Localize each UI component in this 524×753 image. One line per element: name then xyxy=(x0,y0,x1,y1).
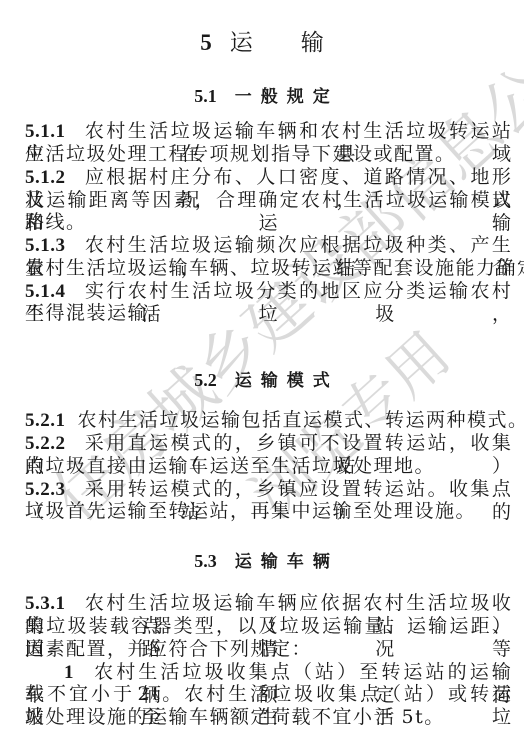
clause-5-1-4-line-2: 不得混装运输。 xyxy=(25,302,511,325)
section-title: 一般规定 xyxy=(235,87,339,107)
clause-5-3-1-line-3: 因素配置，并应符合下列规定： xyxy=(25,638,511,661)
clause-number: 5.2.1 xyxy=(25,410,66,431)
chapter-title: 5运输 xyxy=(0,28,524,58)
clause-5-1-2-line-1: 5.1.2 应​ 根​ 据​ 村​ 庄​ 分​ 布​ 、​ 人​ 口​ 密​ 度… xyxy=(25,166,511,189)
clause-number: 5.2.2 xyxy=(25,433,66,454)
clause-5-1-2-line-2: 及​ 运​ 输​ 距​ 离​ 等​ 因​ 素​ ，​ 合​ 理​ 确​ 定​ 农… xyxy=(25,189,511,212)
clause-number: 5.1.4 xyxy=(25,281,66,302)
item-1-line-3: 圾处理设施的运输车辆额定荷载不宜小于 5t。 xyxy=(25,706,511,729)
clause-5-2-3-line-1: 5.2.3 采​ 用​ 转​ 运​ 模​ 式​ 的​ ，​ 乡​ 镇​ 应​ 设… xyxy=(25,478,511,501)
clause-5-1-1-line-1: 5.1.1 农​ 村​ 生​ 活​ 垃​ 圾​ 运​ 输​ 车​ 辆​ 和​ 农… xyxy=(25,120,511,143)
item-text: 圾处理设施的运输车辆额定荷载不宜小于 5t。 xyxy=(25,706,445,728)
clause-5-2-3-line-2: 垃圾首先运输至转运站，再集中运输至处理设施。 xyxy=(25,500,511,523)
section-number: 5.2 xyxy=(194,370,217,390)
section-number: 5.3 xyxy=(194,551,217,571)
clause-number: 5.2.3 xyxy=(25,479,66,500)
clause-5-3-1-line-1: 5.3.1 农​ 村​ 生​ 活​ 垃​ 圾​ 运​ 输​ 车​ 辆​ 应​ 依… xyxy=(25,592,511,615)
clause-5-1-3-line-1: 5.1.3 农​ 村​ 生​ 活​ 垃​ 圾​ 运​ 输​ 频​ 次​ 应​ 根… xyxy=(25,234,511,257)
clause-number: 5.3.1 xyxy=(25,593,66,614)
clause-5-1-3-line-2: 农村生活垃圾运输车辆、垃圾转运站等配套设施能力确定。 xyxy=(25,257,511,280)
clause-number: 5.1.1 xyxy=(25,121,66,142)
item-1-line-2: 载​ 不​ 宜​ 小​ 于​ ​ 2​ t​ 。​ 农​ 村​ 生​ 活​ 垃​… xyxy=(25,683,511,706)
section-title: 运输模式 xyxy=(235,371,339,391)
clause-5-2-2-line-2: 的垃圾直接由运输车运送至生活垃圾处理地。 xyxy=(25,455,511,478)
clause-5-1-2-line-3: 路线。 xyxy=(25,211,511,234)
clause-text: 的垃圾直接由运输车运送至生活垃圾处理地。 xyxy=(25,455,435,477)
clause-text: 农村生活垃圾运输包括直运模式、转运两种模式。 xyxy=(78,409,524,431)
chapter-name: 运输 xyxy=(230,30,372,56)
clause-text: 路线。 xyxy=(25,211,87,233)
clause-text: 因素配置，并应符合下列规定： xyxy=(25,638,312,660)
section-heading-5-1: 5.1一般规定 xyxy=(0,84,524,108)
clause-number: 5.1.2 xyxy=(25,167,66,188)
clause-number: 5.1.3 xyxy=(25,235,66,256)
chapter-number: 5 xyxy=(200,30,212,55)
section-heading-5-2: 5.2运输模式 xyxy=(0,368,524,392)
item-number: 1 xyxy=(64,662,74,683)
document-page: 住房城乡建设部信息公开 浏览专用 5运输 5.1一般规定 5.1.1 农​ 村​… xyxy=(0,0,524,753)
section-title: 运输车辆 xyxy=(235,552,339,572)
clause-text: 不得混装运输。 xyxy=(25,302,169,324)
section-heading-5-3: 5.3运输车辆 xyxy=(0,549,524,573)
clause-5-1-4-line-1: 5.1.4 实​ 行​ 农​ 村​ 生​ 活​ 垃​ 圾​ 分​ 类​ 的​ 地… xyxy=(25,280,511,303)
section-number: 5.1 xyxy=(194,86,217,106)
clause-5-2-1-line-1: 5.2.1农村生活垃圾运输包括直运模式、转运两种模式。 xyxy=(25,409,511,432)
clause-5-1-1-line-2: 生活垃圾处理工程专项规划指导下建设或配置。 xyxy=(25,143,511,166)
clause-5-3-1-line-2: 的​ 垃​ 圾​ 装​ 载​ 容​ 器​ 类​ 型​ ，​ 以​ 及​ 垃​ 圾… xyxy=(25,615,511,638)
clause-5-2-2-line-1: 5.2.2 采​ 用​ 直​ 运​ 模​ 式​ 的​ ，​ 乡​ 镇​ 可​ 不… xyxy=(25,432,511,455)
item-1-line-1: 1 农​ 村​ 生​ 活​ 垃​ 圾​ 收​ 集​ 点​ （​ 站​ ）​ 至​… xyxy=(25,661,511,684)
clause-text: 生活垃圾处理工程专项规划指导下建设或配置。 xyxy=(25,143,456,165)
clause-text: 垃圾首先运输至转运站，再集中运输至处理设施。 xyxy=(25,500,476,522)
clause-text: 农村生活垃圾运输车辆、垃圾转运站等配套设施能力确定。 xyxy=(25,257,524,279)
